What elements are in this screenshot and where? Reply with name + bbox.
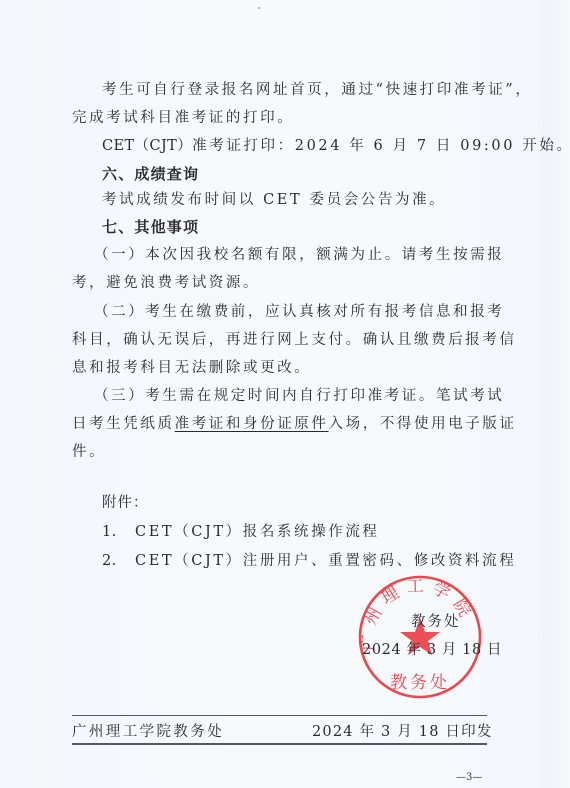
exam-name: CET（CJT）: [102, 138, 192, 154]
section-heading-other-matters: 七、其他事项: [102, 217, 199, 237]
page-number: —3—: [456, 772, 482, 783]
item2-line3: 息和报考科目无法删除或更改。: [72, 358, 311, 378]
signature-office: 教务处: [411, 610, 461, 631]
footer-top-rule: [72, 715, 487, 716]
item1-line2: 考，避免浪费考试资源。: [72, 273, 260, 293]
footer-issuer: 广州理工学院教务处: [72, 720, 224, 741]
item3-line3: 件。: [72, 442, 106, 462]
item3-line2: 日考生凭纸质准考证和身份证原件入场，不得使用电子版证: [72, 414, 517, 434]
required-documents-underlined: 准考证和身份证原件: [175, 416, 329, 432]
item2-line1: （二）考生在缴费前，应认真核对所有报考信息和报考: [94, 302, 504, 322]
paragraph-print-admission-line2: 完成考试科目准考证的打印。: [72, 108, 294, 128]
stamp-office-text: 教务处: [390, 673, 450, 693]
official-seal-stamp: 广州理工学院 教务处: [355, 572, 485, 702]
item3-line2-start: 日考生凭纸质: [72, 416, 175, 432]
attachment-link-text: CET（CJT）注册用户、重置密码、修改资料流程: [135, 553, 516, 569]
attachment-number: 1.: [102, 522, 135, 542]
document-page: 考生可自行登录报名网址首页，通过“快速打印准考证”， 完成考试科目准考证的打印。…: [0, 0, 570, 788]
item2-line2: 科目，确认无误后，再进行网上支付。确认且缴费后报考信: [72, 330, 517, 350]
item3-line2-end: 入场，不得使用电子版证: [329, 416, 517, 432]
item1-line1: （一）本次因我校名额有限，额满为止。请考生按需报: [94, 245, 504, 265]
attachment-link-text: CET（CJT）报名系统操作流程: [135, 524, 380, 540]
section-results-body: 考试成绩发布时间以 CET 委员会公告为准。: [102, 190, 446, 210]
attachment-number: 2.: [102, 551, 135, 571]
item3-line1: （三）考生需在规定时间内自行打印准考证。笔试考试: [94, 386, 504, 406]
print-date-text: 准考证打印：2024 年 6 月 7 日 09:00 开始。: [192, 138, 570, 154]
attachment-item-2: 2.CET（CJT）注册用户、重置密码、修改资料流程: [102, 551, 516, 571]
attachments-label: 附件：: [102, 493, 149, 513]
signature-date: 2024 年 3 月 18 日: [362, 638, 502, 659]
attachment-item-1: 1.CET（CJT）报名系统操作流程: [102, 522, 380, 542]
paragraph-print-admission-line1: 考生可自行登录报名网址首页，通过“快速打印准考证”，: [102, 80, 532, 100]
footer-issued-date: 2024 年 3 月 18 日印发: [312, 720, 493, 741]
scan-speck: [258, 7, 260, 9]
section-heading-results: 六、成绩查询: [102, 164, 199, 184]
paragraph-print-date: CET（CJT）准考证打印：2024 年 6 月 7 日 09:00 开始。: [102, 136, 570, 156]
footer-bottom-rule: [72, 743, 487, 745]
